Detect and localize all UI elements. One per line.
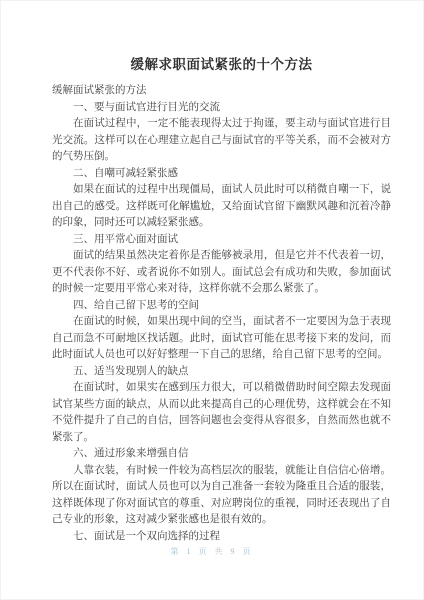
section-paragraph: 如果在面试的过程中出现僵局，面试人员此时可以稍微自嘲一下，说出自己的感受。这样既…	[52, 182, 391, 232]
section: 六、通过形象来增强自信 人靠衣装，有时候一件较为高档层次的服装，就能让自信信心倍…	[52, 446, 391, 529]
section-heading: 七、面试是一个双向选择的过程	[52, 529, 391, 546]
section-paragraph: 在面试时，如果实在感到压力很大，可以稍微借助时间空隙去发现面试官某些方面的缺点，…	[52, 380, 391, 446]
section: 三、用平常心面对面试 面试的结果虽然决定着你是否能够被录用，但是它并不代表着一切…	[52, 232, 391, 298]
section-paragraph: 在面试过程中，一定不能表现得太过于拘谨，要主动与面试官进行目光交流。这样可以在心…	[52, 116, 391, 166]
section-heading: 六、通过形象来增强自信	[52, 446, 391, 463]
section: 二、自嘲可减轻紧张感 如果在面试的过程中出现僵局，面试人员此时可以稍微自嘲一下，…	[52, 166, 391, 232]
section-heading: 一、要与面试官进行目光的交流	[52, 100, 391, 117]
section: 四、给自己留下思考的空间 在面试的时候，如果出现中间的空当，面试者不一定要因为急…	[52, 298, 391, 364]
section-paragraph: 在面试的时候，如果出现中间的空当，面试者不一定要因为急于表现自己而急不可耐地区找…	[52, 314, 391, 364]
section-paragraph: 面试的结果虽然决定着你是否能够被录用，但是它并不代表着一切，更不代表你不好、或者…	[52, 248, 391, 298]
section-paragraph: 人靠衣装，有时候一件较为高档层次的服装，就能让自信信心倍增。所以在面试时，面试人…	[52, 463, 391, 529]
document-page: 缓解求职面试紧张的十个方法 缓解面试紧张的方法 一、要与面试官进行目光的交流 在…	[0, 0, 424, 600]
section-heading: 四、给自己留下思考的空间	[52, 298, 391, 315]
document-title: 缓解求职面试紧张的十个方法	[52, 56, 391, 74]
document-subtitle: 缓解面试紧张的方法	[52, 83, 391, 100]
page-indicator: 第 1 页 共 9 页	[0, 546, 424, 557]
section-heading: 五、适当发现别人的缺点	[52, 364, 391, 381]
document-body: 缓解面试紧张的方法 一、要与面试官进行目光的交流 在面试过程中，一定不能表现得太…	[52, 83, 391, 545]
section: 一、要与面试官进行目光的交流 在面试过程中，一定不能表现得太过于拘谨，要主动与面…	[52, 100, 391, 166]
section-heading: 二、自嘲可减轻紧张感	[52, 166, 391, 183]
section-heading: 三、用平常心面对面试	[52, 232, 391, 249]
section: 五、适当发现别人的缺点 在面试时，如果实在感到压力很大，可以稍微借助时间空隙去发…	[52, 364, 391, 447]
section: 七、面试是一个双向选择的过程	[52, 529, 391, 546]
